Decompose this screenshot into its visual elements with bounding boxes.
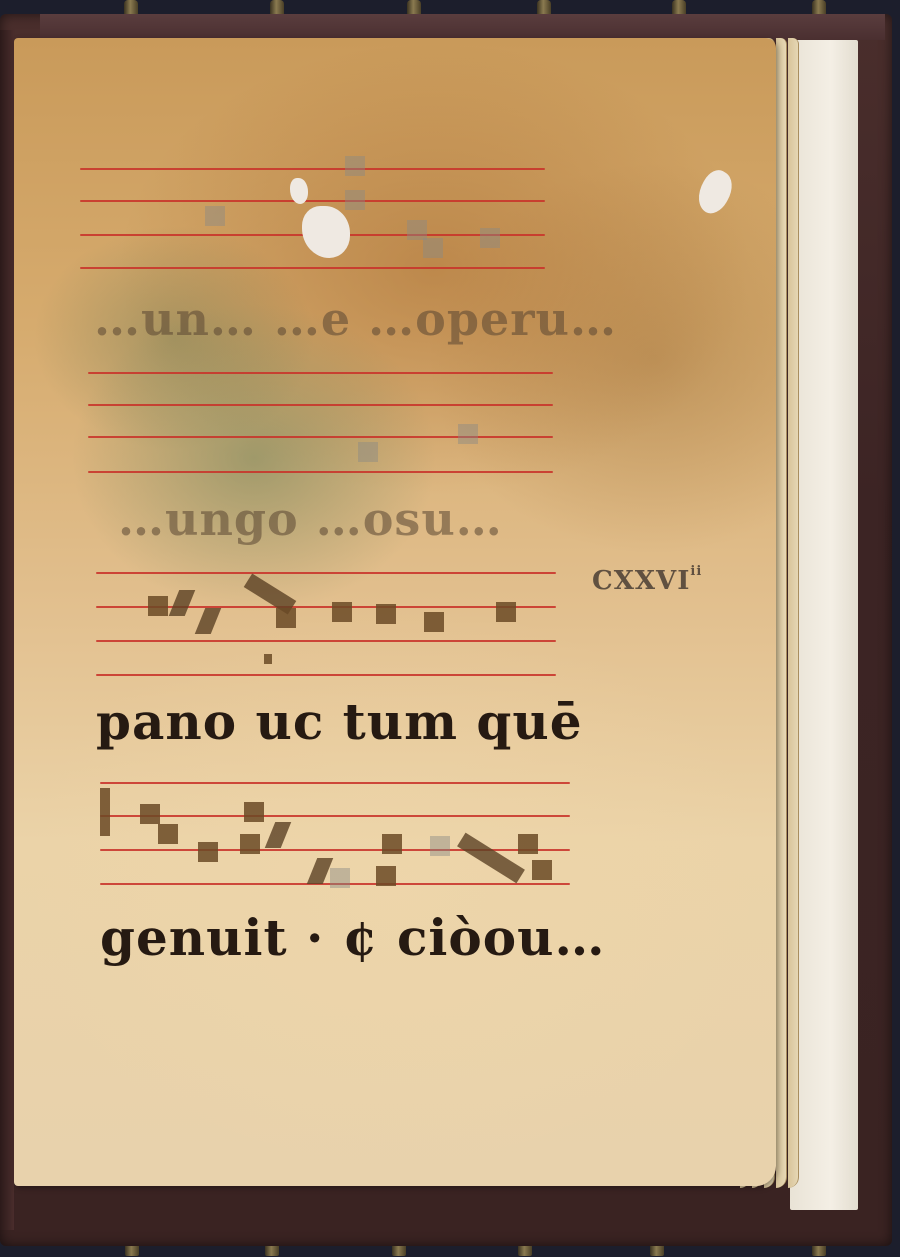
staff-line xyxy=(80,267,545,269)
neume xyxy=(100,788,110,836)
neume xyxy=(358,442,378,462)
staff-2 xyxy=(88,372,553,476)
binding-top-board xyxy=(40,14,885,40)
neume xyxy=(195,608,222,634)
neume xyxy=(264,654,272,664)
lyric-line-2: …ungo …osu… xyxy=(118,492,503,546)
neume xyxy=(276,608,296,628)
neume xyxy=(140,804,160,824)
staff-line xyxy=(88,404,553,406)
neume xyxy=(423,238,443,258)
neume xyxy=(407,220,427,240)
staff-line xyxy=(88,372,553,374)
staff-4 xyxy=(100,782,570,886)
staff-line xyxy=(96,640,556,642)
neume xyxy=(205,206,225,226)
neume xyxy=(532,860,552,880)
staff-line xyxy=(100,849,570,851)
neume xyxy=(330,868,350,888)
folio-number: CXXVIii xyxy=(592,566,702,596)
folio-superscript: ii xyxy=(690,564,702,579)
lyric-line-1: …un… …e …operu… xyxy=(94,292,617,346)
staff-3 xyxy=(96,572,556,676)
neume xyxy=(332,602,352,622)
folio-numeral: CXXVI xyxy=(592,566,690,596)
neume xyxy=(169,590,196,616)
neume xyxy=(265,822,292,848)
page-edge xyxy=(776,38,787,1188)
staff-line xyxy=(88,471,553,473)
staff-line xyxy=(96,572,556,574)
neume xyxy=(430,836,450,856)
lyric-line-3: pano uc tum quē xyxy=(96,692,583,751)
staff-line xyxy=(80,168,545,170)
staff-line xyxy=(96,674,556,676)
neume xyxy=(376,604,396,624)
parchment-loss xyxy=(290,178,308,204)
neume xyxy=(148,596,168,616)
neume xyxy=(382,834,402,854)
neume xyxy=(424,612,444,632)
neume xyxy=(458,424,478,444)
neume xyxy=(376,866,396,886)
neume xyxy=(345,156,365,176)
neume xyxy=(198,842,218,862)
staff-line xyxy=(88,436,553,438)
neume xyxy=(480,228,500,248)
staff-line xyxy=(80,200,545,202)
neume xyxy=(158,824,178,844)
neume xyxy=(496,602,516,622)
neume xyxy=(244,802,264,822)
neume xyxy=(240,834,260,854)
staff-line xyxy=(100,782,570,784)
neume xyxy=(345,190,365,210)
lyric-line-4: genuit · ¢ ciòou… xyxy=(100,908,605,967)
neume xyxy=(518,834,538,854)
binding-left-edge xyxy=(0,30,14,1230)
neume xyxy=(457,833,525,884)
staff-line xyxy=(100,815,570,817)
page-edge xyxy=(788,38,799,1188)
